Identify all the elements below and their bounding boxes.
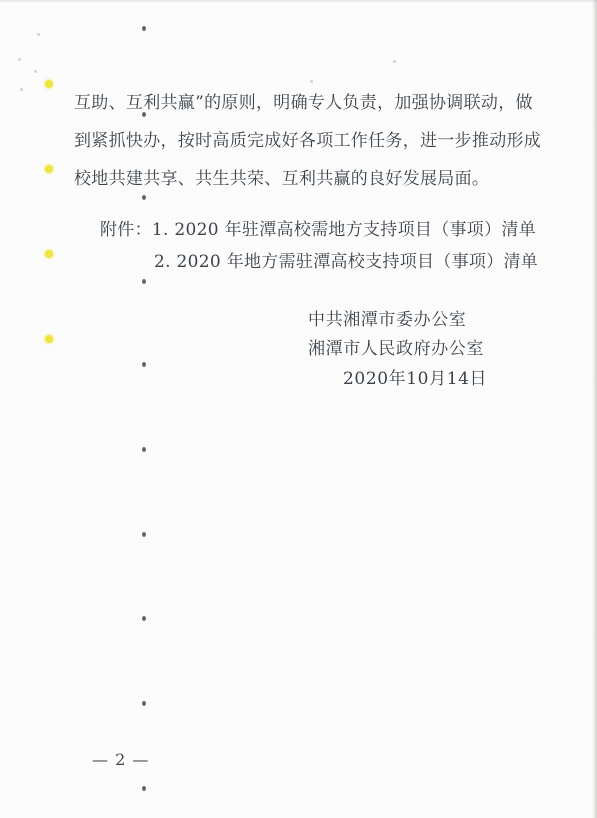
signature-date: 2020年10月14日 bbox=[343, 364, 487, 389]
scan-top-edge bbox=[0, 0, 597, 3]
faint-speck bbox=[393, 60, 396, 63]
faint-speck bbox=[37, 33, 40, 36]
signature-org: 湘潭市人民政府办公室 bbox=[308, 334, 484, 359]
scan-dot bbox=[142, 362, 146, 367]
paragraph-line: 到紧抓快办，按时高质完成好各项工作任务，进一步推动形成 bbox=[74, 126, 541, 151]
scan-dot bbox=[142, 279, 146, 284]
yellow-speck bbox=[45, 335, 53, 343]
paragraph-line: 互助、互利共赢”的原则，明确专人负责，加强协调联动，做 bbox=[74, 88, 533, 113]
attachment-item: 1. 2020 年驻潭高校需地方支持项目（事项）清单 bbox=[152, 220, 536, 240]
faint-speck bbox=[20, 88, 23, 91]
paragraph-line: 校地共建共享、共生共荣、互利共赢的良好发展局面。 bbox=[74, 164, 489, 189]
faint-speck bbox=[310, 80, 313, 83]
scan-dot bbox=[142, 112, 146, 117]
signature-org: 中共湘潭市委办公室 bbox=[308, 305, 466, 330]
scanned-document-page: 互助、互利共赢”的原则，明确专人负责，加强协调联动，做 到紧抓快办，按时高质完成… bbox=[0, 0, 597, 818]
yellow-speck bbox=[45, 250, 53, 258]
faint-speck bbox=[18, 58, 21, 61]
attachment-line: 2. 2020 年地方需驻潭高校支持项目（事项）清单 bbox=[154, 247, 538, 272]
yellow-speck bbox=[45, 80, 53, 88]
yellow-speck bbox=[45, 165, 53, 173]
scan-dot bbox=[142, 701, 146, 706]
attachment-line: 附件：1. 2020 年驻潭高校需地方支持项目（事项）清单 bbox=[100, 215, 536, 240]
scan-dot bbox=[142, 195, 146, 200]
faint-speck bbox=[34, 70, 37, 73]
scan-dot bbox=[142, 616, 146, 621]
attachment-label: 附件： bbox=[100, 220, 152, 240]
scan-right-edge bbox=[592, 0, 597, 818]
scan-dot bbox=[142, 26, 146, 31]
attachment-item: 2. 2020 年地方需驻潭高校支持项目（事项）清单 bbox=[154, 252, 538, 272]
page-number: — 2 — bbox=[92, 750, 149, 769]
scan-dot bbox=[142, 532, 146, 537]
scan-dot bbox=[142, 447, 146, 452]
scan-dot bbox=[142, 786, 146, 791]
